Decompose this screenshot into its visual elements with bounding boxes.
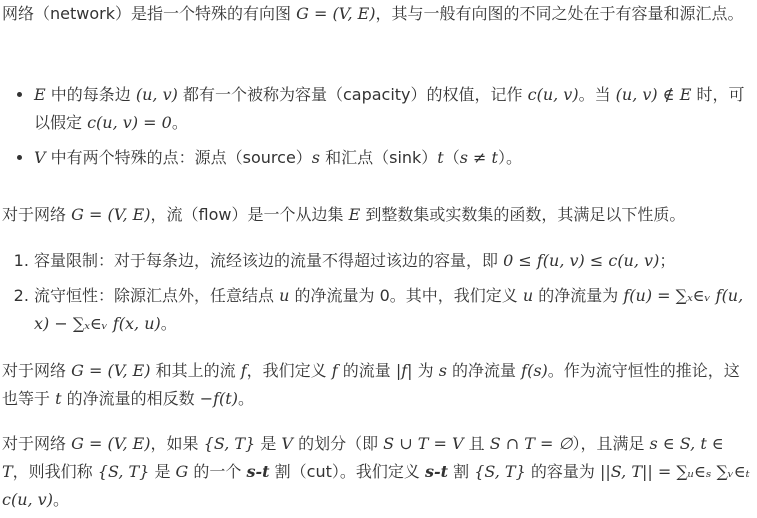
list-item-flow-conservation: 流守恒性：除源汇点外，任意结点 u 的净流量为 0。其中，我们定义 u 的净流量… (34, 282, 750, 338)
text: 割 (448, 462, 474, 481)
text: 是 (149, 462, 175, 481)
math: |f| (396, 361, 413, 380)
math: s-t (425, 462, 448, 481)
list-item-capacity: E 中的每条边 (u, v) 都有一个被称为容量（capacity）的权值，记作… (34, 81, 750, 137)
math: s ≠ t (460, 148, 498, 167)
flow-value-paragraph: 对于网络 G = (V, E) 和其上的流 f，我们定义 f 的流量 |f| 为… (2, 357, 752, 413)
text: ； (659, 251, 675, 270)
text: 割（cut）。我们定义 (270, 462, 425, 481)
text: 容量限制：对于每条边，流经该边的流量不得超过该边的容量，即 (34, 251, 503, 270)
text: 对于网络 (2, 361, 71, 380)
text: ，其与一般有向图的不同之处在于有容量和源汇点。 (376, 4, 744, 23)
math: G (176, 462, 189, 481)
text: 都有一个被称为容量（capacity）的权值，记作 (178, 85, 528, 104)
text: 的净流量 (447, 361, 521, 380)
network-intro-paragraph: 网络（network）是指一个特殊的有向图 G = (V, E)，其与一般有向图… (2, 0, 752, 28)
math: G = (V, E) (71, 361, 150, 380)
text: ，则我们称 (13, 462, 98, 481)
list-item-capacity-constraint: 容量限制：对于每条边，流经该边的流量不得超过该边的容量，即 0 ≤ f(u, v… (34, 247, 750, 275)
network-properties-list: E 中的每条边 (u, v) 都有一个被称为容量（capacity）的权值，记作… (0, 81, 750, 179)
math: u (279, 286, 289, 305)
math: {S, T} (98, 462, 150, 481)
flow-properties-list: 容量限制：对于每条边，流经该边的流量不得超过该边的容量，即 0 ≤ f(u, v… (0, 247, 750, 345)
text: 和其上的流 (151, 361, 241, 380)
text: ）。 (498, 148, 522, 167)
math: S ∩ T = ∅ (490, 434, 573, 453)
math: s (439, 361, 447, 380)
math: (u, v) ∉ E (616, 85, 692, 104)
math: (u, v) (136, 85, 178, 104)
math: u (523, 286, 533, 305)
text: 。 (172, 113, 188, 132)
flow-definition-paragraph: 对于网络 G = (V, E)，流（flow）是一个从边集 E 到整数集或实数集… (2, 201, 752, 229)
math: c(u, v) (528, 85, 579, 104)
math: E (34, 85, 46, 104)
text: 对于网络 (2, 434, 71, 453)
text: 网络（network）是指一个特殊的有向图 (2, 4, 296, 23)
text: 为 (413, 361, 439, 380)
math: s-t (247, 462, 270, 481)
math: {S, T} (474, 462, 526, 481)
text: 中的每条边 (46, 85, 136, 104)
math: S ∪ T = V (383, 434, 463, 453)
math: −f(t) (200, 389, 238, 408)
text: 的一个 (188, 462, 246, 481)
text: 且 (464, 434, 490, 453)
text: 到整数集或实数集的函数，其满足以下性质。 (360, 205, 685, 224)
text: 的净流量为 (533, 286, 623, 305)
math: s (312, 148, 320, 167)
text: ，我们定义 (247, 361, 332, 380)
math: V (34, 148, 46, 167)
math-graph: G = (V, E) (296, 4, 375, 23)
text: 的净流量的相反数 (62, 389, 200, 408)
text: 是 (255, 434, 281, 453)
math: G = (V, E) (71, 205, 150, 224)
math: 0 ≤ f(u, v) ≤ c(u, v) (503, 251, 659, 270)
text: 。当 (579, 85, 616, 104)
text: ），且满足 (572, 434, 649, 453)
math: G = (V, E) (71, 434, 150, 453)
text: 的容量为 (526, 462, 600, 481)
text: ，流（flow）是一个从边集 (151, 205, 349, 224)
cut-definition-paragraph: 对于网络 G = (V, E)，如果 {S, T} 是 V 的划分（即 S ∪ … (2, 430, 752, 514)
text: 对于网络 (2, 205, 71, 224)
text: （ (444, 148, 460, 167)
math: V (281, 434, 293, 453)
text: ，如果 (151, 434, 204, 453)
text: 中有两个特殊的点：源点（source） (46, 148, 312, 167)
text: 和汇点（sink） (320, 148, 437, 167)
text: 流守恒性：除源汇点外，任意结点 (34, 286, 279, 305)
math: f(s) (521, 361, 548, 380)
text: 的流量 (338, 361, 396, 380)
text: 的划分（即 (293, 434, 383, 453)
text: 的净流量为 0。其中，我们定义 (289, 286, 522, 305)
math: {S, T} (204, 434, 256, 453)
text: 。 (238, 389, 254, 408)
list-item-source-sink: V 中有两个特殊的点：源点（source）s 和汇点（sink）t（s ≠ t）… (34, 144, 750, 172)
text: 。 (53, 490, 69, 509)
math: E (349, 205, 361, 224)
math: c(u, v) = 0 (87, 113, 172, 132)
text: 。 (161, 314, 177, 333)
